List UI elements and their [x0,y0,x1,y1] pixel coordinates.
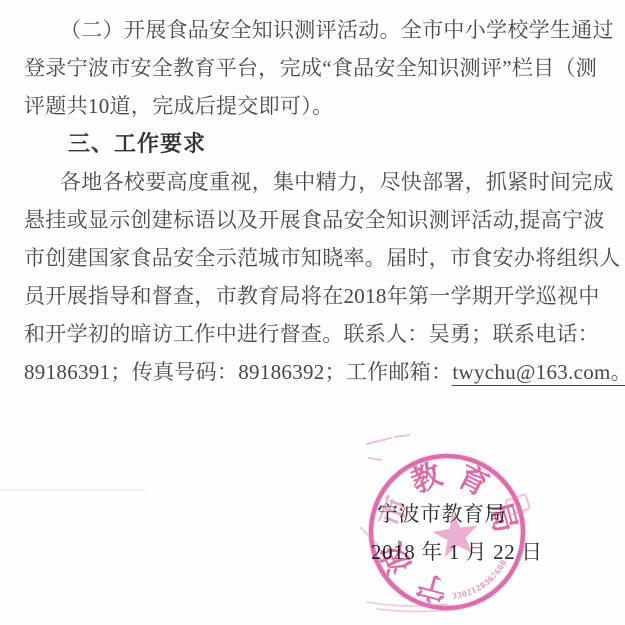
paragraph-line: 悬挂或显示创建标语以及开展食品安全知识测评活动,提高宁波 [24,201,607,239]
seal-ring [371,456,523,608]
document-body: （二）开展食品安全知识测评活动。全市中小学校学生通过 登录宁波市安全教育平台，完… [0,11,625,391]
contact-line: 89186391；传真号码：89186392；工作邮箱：twychu@163.c… [24,353,607,391]
paragraph-line: 评题共10道，完成后提交即可）。 [24,87,607,125]
seal-char: 育 [452,459,494,503]
scanned-document-page: （二）开展食品安全知识测评活动。全市中小学校学生通过 登录宁波市安全教育平台，完… [0,0,625,625]
seal-char: 宁 [413,567,451,607]
scan-artifact-streak [0,489,145,491]
official-seal-stamp: 宁 波 市 教 育 局 3302120367600 [347,432,547,625]
section-heading: 三、工作要求 [24,125,607,163]
paragraph-line: 员开展指导和督查，市教育局将在2018年第一学期开学巡视中 [24,277,607,315]
paragraph-line: 和开学初的暗访工作中进行督查。联系人：吴勇；联系电话： [24,315,607,353]
seal-ring-glow [371,456,523,608]
paragraph-line: 市创建国家食品安全示范城市知晓率。届时，市食安办将组织人 [24,239,607,277]
contact-text-period: 。 [611,360,625,386]
signature-agency: 宁波市教育局 [377,498,506,528]
paragraph-line: 各地各校要高度重视，集中精力，尽快部署，抓紧时间完成 [24,163,607,201]
paragraph-line: 登录宁波市安全教育平台，完成“食品安全知识测评”栏目（测 [24,49,607,87]
signature-date: 2018 年 1 月 22 日 [371,536,543,566]
seal-circular-text: 宁 波 市 教 育 局 [373,458,522,607]
contact-text: 89186391；传真号码：89186392；工作邮箱： [24,360,452,384]
paragraph-line: （二）开展食品安全知识测评活动。全市中小学校学生通过 [24,11,607,49]
work-email-address: twychu@163.com [452,360,610,386]
seal-char: 教 [407,458,448,500]
